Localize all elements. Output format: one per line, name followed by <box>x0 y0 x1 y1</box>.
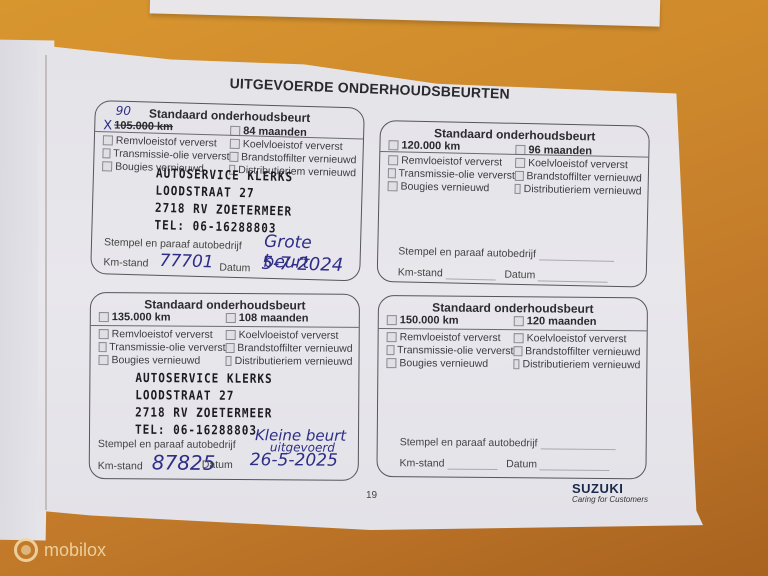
service-card-4: Standaard onderhoudsbeurt 150.000 km 120… <box>376 295 648 479</box>
checkbox[interactable] <box>514 184 520 194</box>
garage-stamp: AUTOSERVICE KLERKS LOODSTRAAT 27 2718 RV… <box>154 165 293 238</box>
date-label: Datum <box>506 458 537 470</box>
item-label: Brandstoffilter vernieuwd <box>526 170 642 184</box>
service-card-2: Standaard onderhoudsbeurt 120.000 km 96 … <box>377 120 650 288</box>
item-label: Koelvloeistof ververst <box>527 332 627 345</box>
km-interval: 135.000 km <box>112 311 171 323</box>
checkbox[interactable] <box>388 140 398 150</box>
checkbox[interactable] <box>230 139 240 149</box>
km-label: Km-stand <box>98 460 143 472</box>
checkbox[interactable] <box>386 358 396 368</box>
page-spine <box>45 55 47 510</box>
checkbox[interactable] <box>387 315 397 325</box>
page-number: 19 <box>366 490 377 501</box>
stamp-label: Stempel en paraaf autobedrijf <box>400 436 616 450</box>
watermark-text: mobilox <box>44 540 106 561</box>
garage-stamp: AUTOSERVICE KLERKS LOODSTRAAT 27 2718 RV… <box>135 369 273 439</box>
km-input[interactable] <box>447 469 497 470</box>
checkbox[interactable] <box>515 158 525 168</box>
stamp-label: Stempel en paraaf autobedrijf <box>398 245 614 262</box>
checkbox[interactable] <box>98 355 108 365</box>
checkbox[interactable] <box>103 135 113 145</box>
checkbox[interactable] <box>229 152 238 162</box>
brand-logo: SUZUKI Caring for Customers <box>572 481 648 504</box>
item-label: Distributieriem vernieuwd <box>522 358 640 371</box>
date-label: Datum <box>219 262 250 275</box>
checkbox[interactable] <box>226 313 236 323</box>
item-label: Brandstoffilter vernieuwd <box>525 345 640 358</box>
item-label: Remvloeistof ververst <box>112 328 213 341</box>
stamp-label: Stempel en paraaf autobedrijf <box>98 438 236 451</box>
item-label: Transmissie-olie ververst <box>109 341 225 354</box>
handwritten-km-correction: 90 <box>116 104 132 118</box>
date-input[interactable] <box>540 469 610 471</box>
item-label: Transmissie-olie ververst <box>398 167 515 181</box>
checkbox[interactable] <box>225 356 231 366</box>
checkbox[interactable] <box>514 316 524 326</box>
brand-name: SUZUKI <box>572 481 648 496</box>
item-label: Koelvloeistof ververst <box>528 157 628 171</box>
km-field: Km-stand Datum <box>399 457 610 471</box>
month-interval: 120 maanden <box>527 315 597 328</box>
checkbox[interactable] <box>513 359 519 369</box>
item-label: Bougies vernieuwd <box>111 354 200 367</box>
item-label: Distributieriem vernieuwd <box>235 355 353 368</box>
checkbox[interactable] <box>102 161 112 171</box>
item-label: Remvloeistof ververst <box>400 331 501 344</box>
date-label: Datum <box>504 269 535 282</box>
stamp-label: Stempel en paraaf autobedrijf <box>104 236 242 252</box>
date-value: 26-5-2025 <box>250 450 338 471</box>
date-label: Datum <box>202 459 233 471</box>
km-interval: 150.000 km <box>400 314 459 327</box>
km-field: Km-stand Datum <box>398 266 609 282</box>
checkbox[interactable] <box>226 343 235 353</box>
item-label: Bougies vernieuwd <box>399 357 488 370</box>
date-value: 5-7-2024 <box>261 253 343 276</box>
checkbox[interactable] <box>513 346 522 356</box>
km-label: Km-stand <box>103 256 148 269</box>
item-label: Koelvloeistof ververst <box>239 329 339 342</box>
book-behind <box>150 0 661 27</box>
service-card-1: Standaard onderhoudsbeurt X105.000 km 84… <box>90 100 365 281</box>
checkbox[interactable] <box>388 181 398 191</box>
item-label: Remvloeistof ververst <box>401 154 502 168</box>
brand-tagline: Caring for Customers <box>572 495 648 504</box>
km-value: 77701 <box>159 251 214 273</box>
date-input[interactable] <box>538 280 608 282</box>
km-input[interactable] <box>446 278 496 280</box>
checkbox[interactable] <box>99 342 107 352</box>
item-label: Bougies vernieuwd <box>400 180 489 194</box>
checkbox[interactable] <box>99 312 109 322</box>
checkbox[interactable] <box>102 148 110 158</box>
checkbox[interactable] <box>387 332 397 342</box>
checkbox[interactable] <box>515 171 524 181</box>
watermark: mobilox <box>14 538 106 562</box>
checkbox[interactable] <box>514 333 524 343</box>
mobilox-logo-icon <box>14 538 38 562</box>
item-label: Transmissie-olie ververst <box>397 344 513 357</box>
checkbox[interactable] <box>226 330 236 340</box>
checkbox[interactable] <box>388 155 398 165</box>
item-label: Distributieriem vernieuwd <box>524 183 642 197</box>
service-card-3: Standaard onderhoudsbeurt 135.000 km 108… <box>89 292 360 481</box>
checkbox[interactable] <box>99 329 109 339</box>
checkbox[interactable] <box>386 345 394 355</box>
checkbox[interactable] <box>388 168 396 178</box>
month-interval: 108 maanden <box>239 312 309 324</box>
item-label: Brandstoffilter vernieuwd <box>237 342 352 355</box>
